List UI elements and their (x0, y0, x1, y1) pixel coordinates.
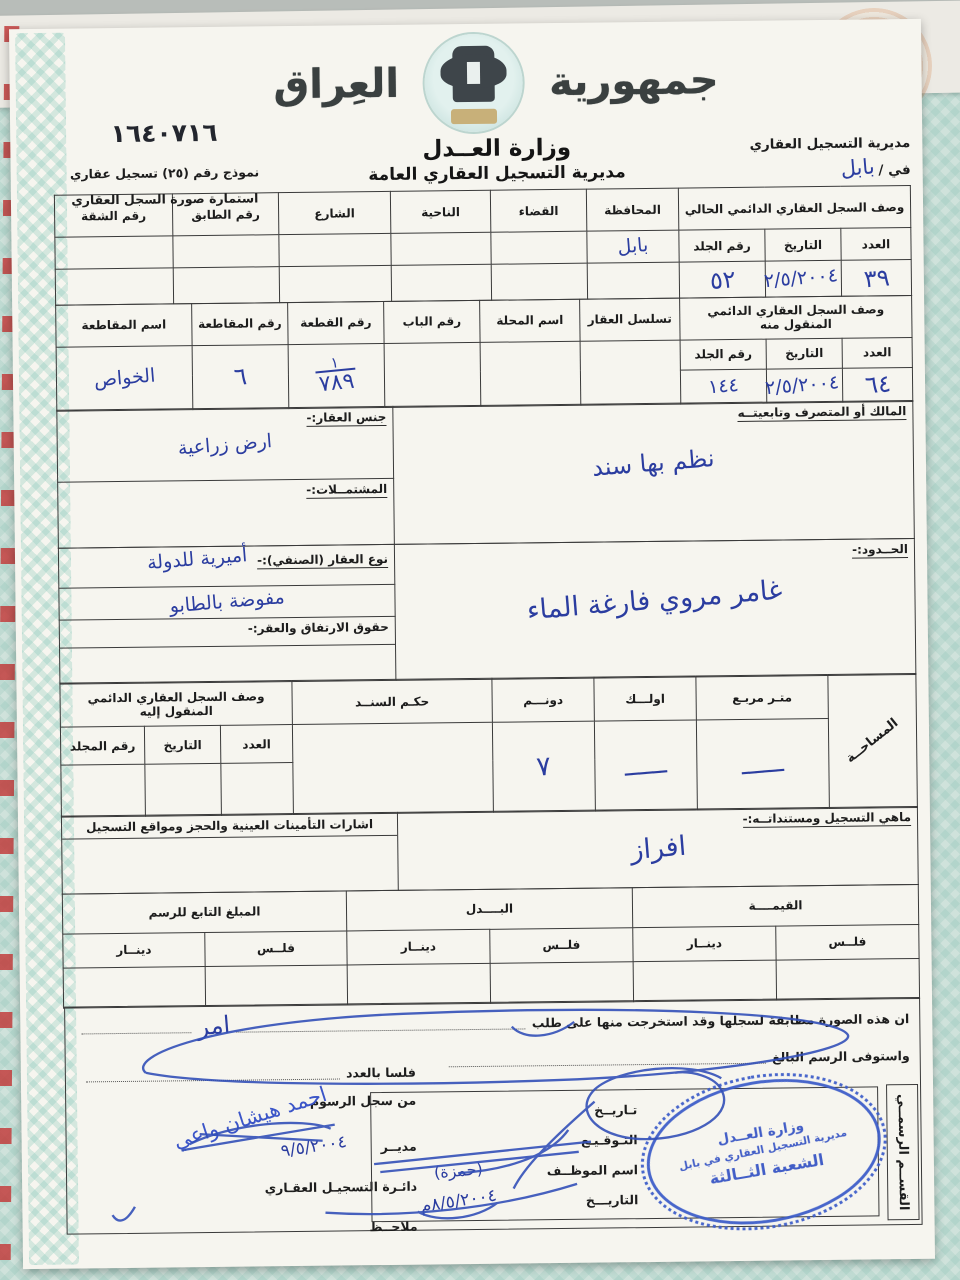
empty-cell (221, 763, 294, 816)
from-record-title: وصف السجل العقاري الدائمي المنقول منه (680, 295, 912, 340)
date2-handwriting: ٨/٥/٢٠٠٤م (419, 1187, 497, 1215)
contents-label: المشتمــلات:- (306, 482, 387, 499)
dinar-header: دينــار (347, 929, 490, 965)
money-table: القيمــــة البــــدل المبلغ التابع للرسم… (62, 884, 920, 1009)
manager-date-handwriting: ٩/٥/٢٠٠٤ (280, 1134, 348, 1161)
col-door: رقم الباب (384, 300, 480, 343)
fee-statement-label: واستوفى الرسم البالغ (772, 1048, 910, 1065)
iraq-calligraphy: العِراق (273, 61, 399, 108)
footer-left-column: فلسا بالعدد من سجل الرسوم مديــر ٩/٥/٢٠٠… (80, 1060, 418, 1242)
sub-number: العدد (842, 337, 912, 368)
owner-handwriting: نظم بها سند (591, 446, 715, 480)
header-center-block: جمهورية العِراق وزارة العــدل مديرية الت… (273, 29, 720, 194)
record-volume-handwriting: ٥٢ (709, 267, 737, 293)
sub-date: التاريخ (766, 338, 842, 369)
ministry-title: وزارة العــدل (422, 135, 571, 163)
genus-handwriting: ارض زراعية (177, 432, 273, 459)
col-governorate: المحافظة (586, 189, 678, 232)
date-value-cell: ٢/٥/٢٠٠٤ (766, 368, 842, 403)
fils-header: فلــس (205, 931, 347, 967)
type-cell-2: مفوضة بالطابو (59, 584, 395, 620)
iraq-emblem-icon (425, 33, 524, 132)
governorate-handwriting: بابل (839, 156, 875, 180)
empty-cell (279, 234, 391, 267)
area-label: المساحــة (844, 716, 902, 767)
boundaries-block: الحــدود:- غامر مروي فارغة الماء نوع الع… (58, 538, 916, 685)
col-subdistrict: الناحية (390, 191, 490, 234)
official-stamp: وزارة العــدل مديرية التسجيل العقاري في … (636, 1062, 892, 1242)
employee-handwriting: (حمزة) (433, 1161, 483, 1181)
plot-value-cell: ١ ٧٨٩ (288, 343, 385, 408)
genus-cell: جنس العقار:- ارض زراعية (57, 407, 394, 483)
date-row: تـاريــخ (373, 1096, 637, 1125)
record-number-handwriting: ٦٤ (864, 372, 892, 398)
empty-cell (491, 264, 587, 301)
empty-cell (491, 232, 587, 265)
marks-label: اشارات التأمينات العينية والحجز ومواقع ا… (62, 813, 397, 840)
copy-handwriting: امر (196, 1013, 231, 1040)
type-handwriting-1: أميرية للدولة (146, 546, 248, 573)
donum-value-cell: ٧ (492, 721, 595, 812)
col-donum: دونـــم (492, 677, 594, 722)
observer-row: ملاحــظ (81, 1214, 417, 1242)
col-deed: حكـم السنــد (292, 678, 492, 724)
number-value-cell: ٣٩ (841, 260, 911, 297)
dotted-line (81, 1020, 191, 1034)
easement-label: حقوق الارتفاق والعقر:- (248, 620, 389, 636)
sub-number: العدد (220, 725, 292, 764)
fils-in-words-label: فلسا بالعدد (346, 1064, 416, 1080)
sub-volume: رقم الجلد (680, 339, 766, 370)
contents-cell: المشتمــلات:- (58, 479, 395, 549)
col-sequence: تسلسل العقار (580, 298, 680, 341)
form-serial-number: ١٦٤٠٧١٦ (54, 106, 274, 161)
sequence-value-cell (580, 340, 681, 405)
fee-header: المبلغ التابع للرسم (62, 891, 346, 934)
volume-value-cell: ١٤٤ (680, 369, 766, 404)
col-street: الشارع (278, 192, 390, 235)
form-page: مديرية التسجيل العقاري في / بابل جمهورية… (9, 19, 935, 1269)
sub-date: التاريخ (144, 725, 220, 764)
type-cell: نوع العقار (الصنفي):- أميرية للدولة (58, 544, 394, 588)
governorate-value-cell: بابل (587, 231, 679, 264)
easement-cell: حقوق الارتفاق والعقر:- (59, 616, 395, 648)
signature-box: وزارة العــدل مديرية التسجيل العقاري في … (370, 1087, 879, 1223)
donum-handwriting: ٧ (536, 753, 553, 781)
type-label: نوع العقار (الصنفي):- (257, 552, 388, 569)
owner-label: المالك أو المتصرف وتابعيتــه (738, 404, 907, 422)
empty-cell (55, 236, 173, 269)
empty-cell (587, 263, 679, 300)
dinar-header: دينــار (633, 926, 776, 962)
governorate-handwriting: بابل (617, 236, 649, 257)
fils-in-words-row: فلسا بالعدد (80, 1060, 416, 1088)
dotted-line (236, 1016, 526, 1032)
date2-label: التاريـــخ (542, 1192, 638, 1208)
block-name-handwriting: الخواص (93, 366, 156, 390)
country-title: جمهورية العِراق (273, 29, 719, 136)
current-record-title: وصف السجل العقاري الدائمي الحالي (678, 186, 910, 231)
record-date-handwriting: ٢/٥/٢٠٠٤ (763, 267, 838, 292)
empty-cell (173, 267, 279, 304)
stamp-line2: مديرية التسجيل العقاري في بابل (678, 1127, 848, 1173)
number-value-cell: ٦٤ (842, 367, 912, 402)
registration-handwriting: افراز (629, 833, 687, 864)
empty-cell (55, 268, 173, 305)
block-name-value-cell: الخواص (56, 345, 193, 411)
directorate-general-title: مديرية التسجيل العقاري العامة (368, 162, 626, 185)
record-date-handwriting: ٢/٥/٢٠٠٤ (764, 373, 839, 398)
form-header: مديرية التسجيل العقاري في / بابل جمهورية… (53, 27, 911, 197)
sub-volume: رقم الجلد (679, 230, 765, 263)
registration-cell: ماهي التسجيل ومستنداتــه:- افراز (397, 807, 918, 891)
date-value-cell: ٢/٥/٢٠٠٤ (765, 261, 841, 298)
sqm-handwriting: ــــــ (741, 751, 785, 778)
genus-label: جنس العقار:- (306, 410, 386, 427)
empty-cell (391, 265, 491, 302)
empty-cell (145, 763, 222, 816)
stamp-zone: وزارة العــدل مديرية التسجيل العقاري في … (639, 1088, 878, 1219)
col-block-no: رقم المقاطعة (192, 302, 288, 345)
block-no-value-cell: ٦ (192, 344, 289, 409)
boundaries-handwriting: غامر مروي فارغة الماء (526, 576, 783, 624)
date-label: تـاريــخ (541, 1102, 637, 1118)
form-number-label: نموذج رقم (٢٥) تسجيل عقاري (54, 159, 274, 188)
marks-cell: اشارات التأمينات العينية والحجز ومواقع ا… (61, 813, 398, 895)
in-label: في / (878, 162, 910, 178)
empty-cell (633, 960, 776, 1002)
empty-cell (205, 965, 347, 1007)
volume-value-cell: ٥٢ (679, 262, 765, 299)
badal-header: البــــدل (346, 888, 632, 931)
empty-cell (61, 764, 146, 817)
empty-cell (391, 233, 491, 266)
empty-cell (490, 962, 633, 1004)
quarter-value-cell (480, 341, 581, 406)
employee-row: اسم الموظــف (حمزة) (374, 1156, 638, 1185)
record-number-handwriting: ٣٩ (863, 265, 891, 291)
fils-header: فلــس (490, 928, 633, 964)
deed-value-cell (292, 722, 493, 814)
fee-statement-line: واستوفى الرسم البالغ (443, 1048, 910, 1068)
republic-calligraphy: جمهورية (549, 57, 719, 105)
from-record-table: وصف السجل العقاري الدائمي المنقول منه تس… (55, 295, 913, 412)
copy-statement-line: ان هذه الصورة مطابقة لسجلها وقد استخرجت … (75, 1006, 909, 1039)
empty-cell (776, 958, 919, 1000)
boundaries-label: الحــدود:- (852, 542, 908, 559)
to-record-title: وصف السجل العقاري الدائمي المنقول إليه (60, 681, 292, 728)
col-sqm: متـر مربـع (696, 674, 828, 719)
col-block-name: اسم المقاطعة (56, 303, 192, 347)
date2-row: التاريـــخ ٨/٥/٢٠٠٤م (374, 1186, 638, 1215)
area-table: المساحــة متـر مربـع اولـــك دونـــم حكـ… (59, 673, 917, 818)
emblem-base (451, 109, 497, 125)
registration-label: ماهي التسجيل ومستنداتــه:- (742, 810, 911, 828)
signature-value (374, 1140, 542, 1142)
block-number-handwriting: ٦ (233, 364, 248, 389)
eagle-silhouette-icon (453, 46, 496, 102)
directorate-label: مديرية التسجيل العقاري (719, 131, 910, 159)
signature-row: التـوقـيـع (374, 1126, 638, 1155)
empty-cell (347, 963, 490, 1005)
fils-header: فلــس (776, 924, 919, 960)
copy-statement-label: ان هذه الصورة مطابقة لسجلها وقد استخرجت … (532, 1011, 910, 1030)
form-content: مديرية التسجيل العقاري في / بابل جمهورية… (53, 27, 923, 1235)
employee-label: اسم الموظــف (542, 1162, 638, 1178)
sub-number: العدد (841, 228, 911, 261)
header-left-block: ١٦٤٠٧١٦ نموذج رقم (٢٥) تسجيل عقاري استما… (53, 34, 275, 196)
plot-number-handwriting: ١ ٧٨٩ (315, 354, 359, 397)
olk-handwriting: ــــــ (624, 752, 668, 779)
col-district: القضاء (490, 190, 586, 233)
dotted-line (449, 1051, 766, 1068)
empty-cell (279, 266, 391, 303)
official-section-label: القســم الرسمــي (895, 1094, 911, 1211)
record-volume-handwriting: ١٤٤ (708, 376, 740, 397)
col-plot: رقم القطعة (288, 301, 384, 344)
olk-value-cell: ــــــ (594, 720, 697, 811)
col-quarter: اسم المحلة (480, 299, 580, 342)
boundaries-cell: الحــدود:- غامر مروي فارغة الماء (394, 538, 916, 680)
type-handwriting-2: مفوضة بالطابو (169, 588, 285, 616)
date-value (373, 1110, 541, 1112)
col-olk: اولـــك (594, 676, 696, 721)
in-line: في / بابل (719, 157, 910, 186)
owner-cell: المالك أو المتصرف وتابعيتــه نظم بها سند (393, 401, 915, 545)
official-section-strip: القســم الرسمــي (886, 1084, 920, 1220)
sqm-value-cell: ــــــ (696, 718, 829, 809)
office-row: دائـرة التسجيـل العقـاري (81, 1174, 417, 1202)
scanned-document: مديرية التسجيل العقاري في / بابل جمهورية… (0, 0, 960, 1280)
dotted-line (86, 1066, 340, 1082)
footer-section: ان هذه الصورة مطابقة لسجلها وقد استخرجت … (64, 997, 923, 1235)
header-right-block: مديرية التسجيل العقاري في / بابل (718, 27, 911, 189)
sub-volume: رقم المجلد (60, 726, 144, 765)
empty-cell (63, 966, 205, 1008)
signature-labels: تـاريــخ التـوقـيـع اسم الموظــف (حمزة) (371, 1090, 640, 1221)
signature-label: التـوقـيـع (542, 1132, 638, 1148)
value-header: القيمــــة (632, 884, 918, 927)
empty-cell (60, 644, 396, 684)
dinar-header: دينــار (63, 932, 205, 968)
sub-date: التاريخ (765, 229, 841, 262)
empty-cell (173, 235, 279, 268)
door-value-cell (384, 342, 481, 407)
manager-row: مديــر ٩/٥/٢٠٠٤ (81, 1134, 417, 1162)
owner-block: المالك أو المتصرف وتابعيتــه نظم بها سند… (56, 400, 915, 549)
registration-block: ماهي التسجيل ومستنداتــه:- افراز اشارات … (61, 806, 919, 895)
area-label-cell: المساحــة (828, 673, 918, 808)
